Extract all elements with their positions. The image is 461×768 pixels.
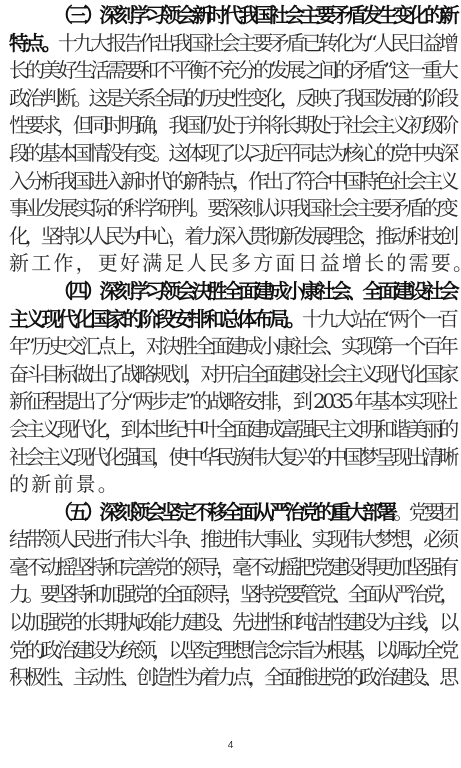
text-line: 奋斗目标做出了战略规划，对开启全面建设社会主义现代化国家 — [9, 361, 455, 389]
text-line: 社会主义现代化强国，使中华民族伟大复兴的中国梦呈现出清晰 — [9, 444, 455, 472]
text-line: 政治判断。这是关系全局的历史性变化，反映了我国发展的阶段 — [9, 85, 455, 113]
heading-line: （五）深刻领会坚定不移全面从严治党的重大部署。党要团 — [9, 499, 455, 527]
section-heading-4-end: 主义现代化国家的阶段安排和总体布局。 — [9, 307, 302, 331]
text-line: 会主义现代化，到本世纪中叶全面建成富强民主文明和谐美丽的 — [9, 416, 455, 444]
text-line: 党的政治建设为统领，以坚定理想信念宗旨为根基，以调动全党 — [9, 637, 455, 665]
section-heading-5: （五）深刻领会坚定不移全面从严治党的重大部署 — [53, 500, 393, 524]
text-line: 段的基本国情没有变。这体现了以习近平同志为核心的党中央深 — [9, 140, 455, 168]
text-line: 特点。十九大报告作出我国社会主要矛盾已转化为“人民日益增 — [9, 30, 455, 58]
text-line: 性要求，但同时明确，我国仍处于并将长期处于社会主义初级阶 — [9, 112, 455, 140]
text-line: 事业发展实际的科学研判。要深刻认识我国社会主要矛盾的变 — [9, 195, 455, 223]
text-line: 结带领人民进行伟大斗争、推进伟大事业、实现伟大梦想，必须 — [9, 526, 455, 554]
page-number: 4 — [0, 740, 461, 751]
text-line: 年”历史交汇点上，对决胜全面建成小康社会、实现第一个百年 — [9, 333, 455, 361]
text-line: 新工作，更好满足人民多方面日益增长的需要。 — [9, 250, 455, 278]
text-line: 力。要坚持和加强党的全面领导，坚持党要管党、全面从严治党， — [9, 581, 455, 609]
text-line: 长的美好生活需要和不平衡不充分的发展之间的矛盾”这一重大 — [9, 57, 455, 85]
text-line: 主义现代化国家的阶段安排和总体布局。十九大站在“两个一百 — [9, 306, 455, 334]
section-heading-3-end: 特点。 — [9, 31, 58, 55]
text-line: 以加强党的长期执政能力建设、先进性和纯洁性建设为主线，以 — [9, 609, 455, 637]
text-line: 入分析我国进入新时代的新特点，作出了符合中国特色社会主义 — [9, 168, 455, 196]
section-heading-4: （四）深刻学习领会决胜全面建成小康社会、全面建设社会 — [53, 279, 455, 303]
heading-line: （三）深刻学习领会新时代我国社会主要矛盾发生变化的新 — [9, 2, 455, 30]
section-heading-3: （三）深刻学习领会新时代我国社会主要矛盾发生变化的新 — [53, 3, 455, 27]
body-text: （三）深刻学习领会新时代我国社会主要矛盾发生变化的新 特点。十九大报告作出我国社… — [9, 2, 455, 692]
text-line: 毫不动摇坚持和完善党的领导，毫不动摇把党建设得更加坚强有 — [9, 554, 455, 582]
text-line: 的新前景。 — [9, 471, 455, 499]
text-line: 积极性、主动性、创造性为着力点，全面推进党的政治建设、思 — [9, 664, 455, 692]
text-line: 化，坚持以人民为中心，着力深入贯彻新发展理念，推动科技创 — [9, 223, 455, 251]
heading-line: （四）深刻学习领会决胜全面建成小康社会、全面建设社会 — [9, 278, 455, 306]
document-page: （三）深刻学习领会新时代我国社会主要矛盾发生变化的新 特点。十九大报告作出我国社… — [0, 0, 461, 768]
text-line: 新征程提出了分“两步走”的战略安排，到 2035 年基本实现社 — [9, 388, 455, 416]
